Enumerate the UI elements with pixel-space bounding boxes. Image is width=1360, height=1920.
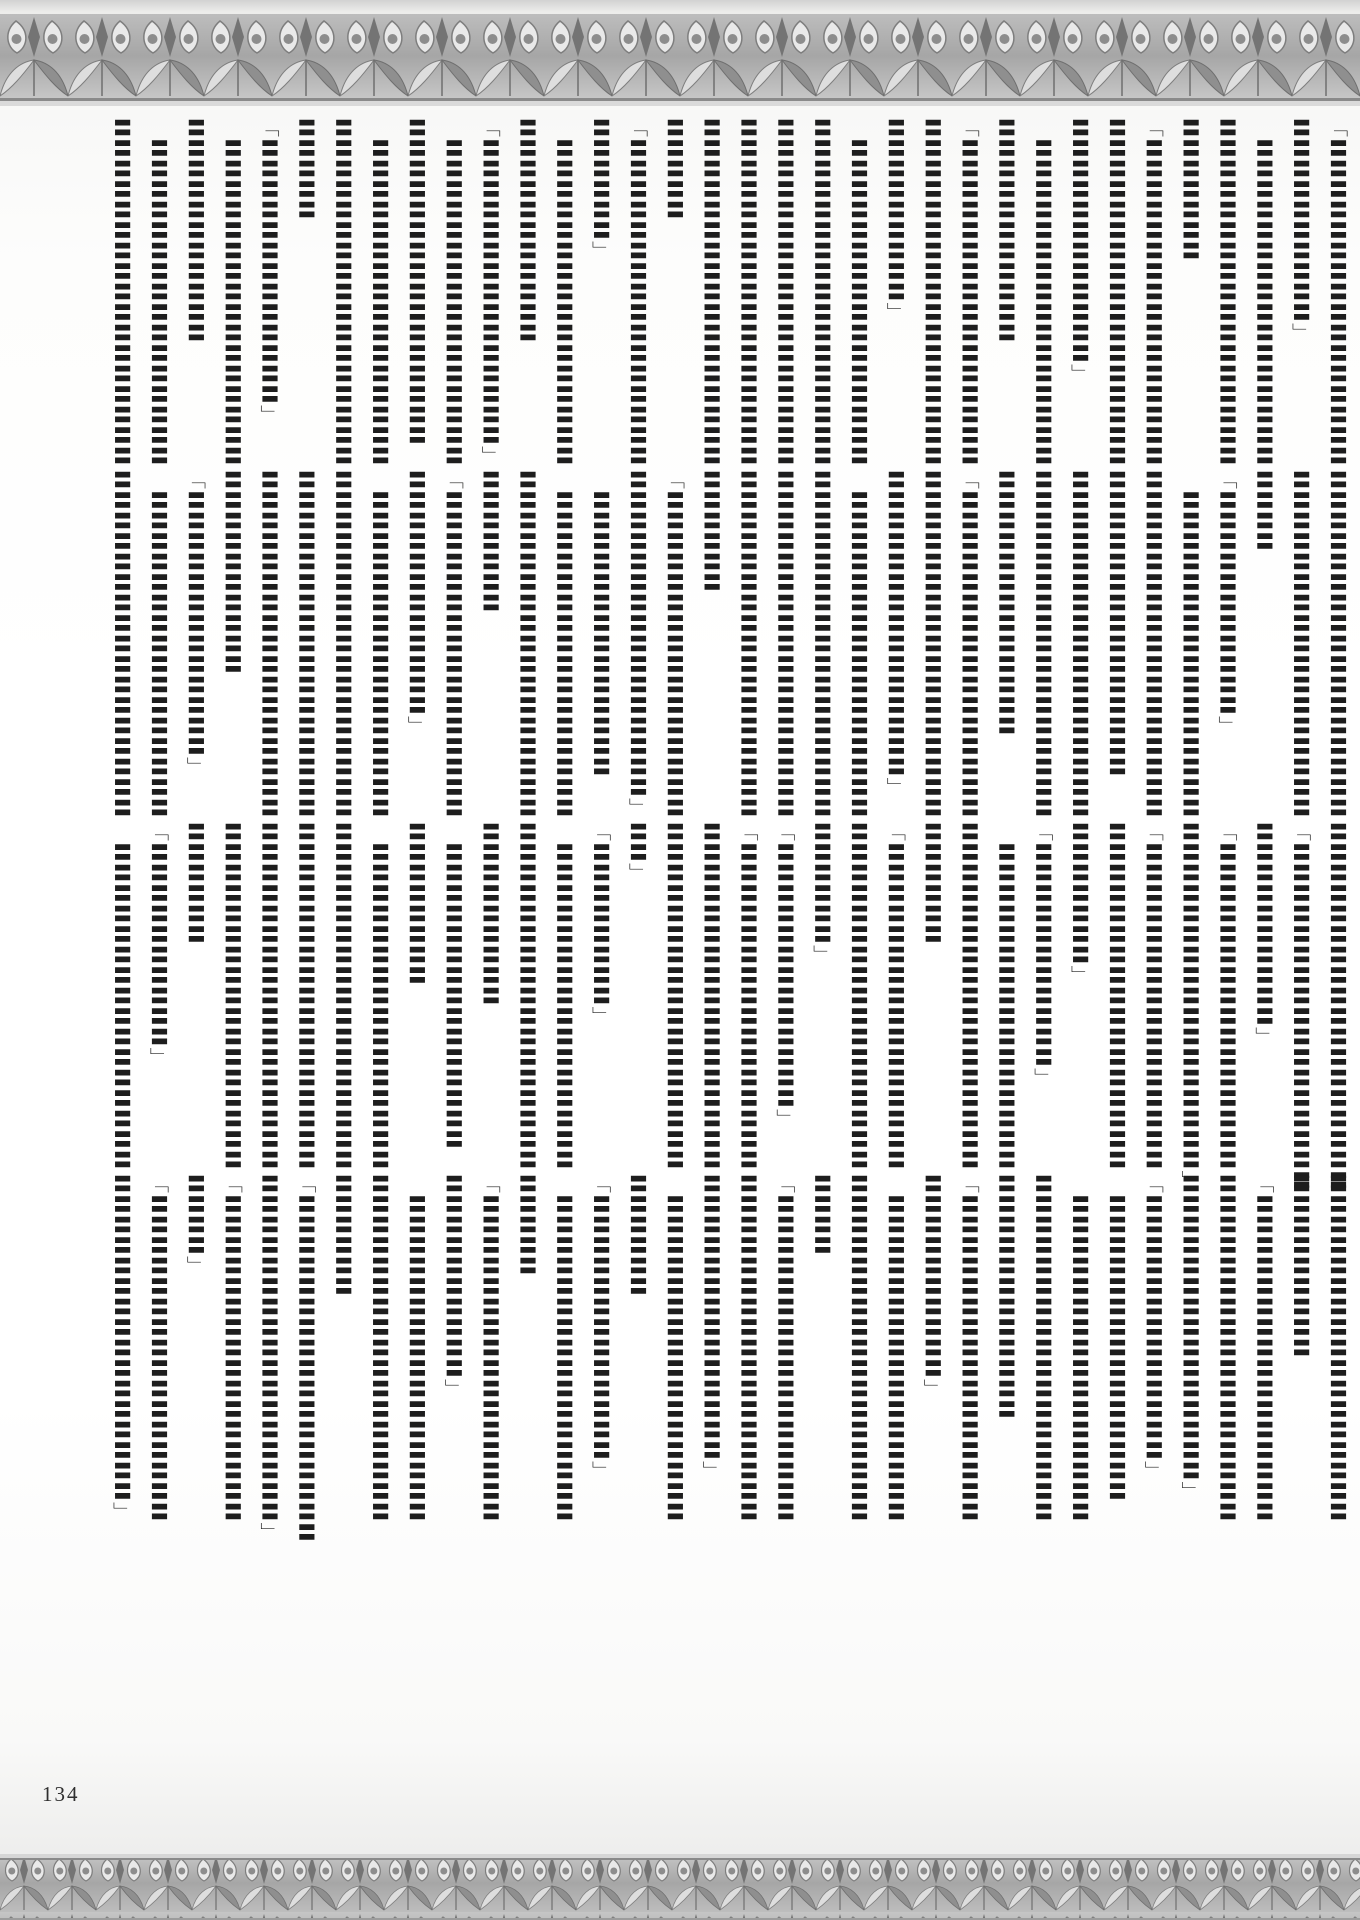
text-band-1: 「〓〓〓〓〓〓〓〓〓〓〓〓〓〓〓〓〓〓〓〓〓〓〓〓〓〓」 〓〓〓〓〓〓〓〓〓〓〓… (100, 118, 1354, 463)
text-column: 〓〓〓〓〓〓〓〓〓〓〓〓〓〓〓〓〓 (286, 470, 323, 815)
text-column: 〓〓〓〓 (1243, 470, 1280, 815)
text-column: 〓〓〓〓」 (175, 1174, 212, 1519)
text-column: 〓〓〓〓〓〓〓〓〓〓」 (1243, 822, 1280, 1167)
text-column: 〓〓〓〓〓〓〓〓〓〓〓〓〓〓〓〓」 (101, 1174, 138, 1519)
text-column: 〓〓〓〓〓 (654, 118, 691, 463)
text-column: 〓〓〓〓〓〓〓〓〓〓〓〓〓〓〓 (433, 822, 470, 1167)
text-column: 〓〓〓〓〓〓〓〓 (396, 822, 433, 1167)
text-column: 「〓〓〓〓〓〓〓〓〓〓〓〓〓〓〓〓 (433, 470, 470, 815)
text-column: 〓〓〓〓〓〓〓〓〓 (1280, 1174, 1317, 1519)
ornamental-border-bottom (0, 1854, 1360, 1920)
text-column: 〓〓〓〓〓〓〓〓〓〓〓〓〓〓〓〓 (433, 118, 470, 463)
text-column: 「〓〓〓〓〓〓〓〓〓〓〓〓〓」 (249, 118, 286, 463)
text-column: 「〓〓〓〓〓〓〓〓〓〓〓〓〓〓〓〓 (1243, 1174, 1280, 1519)
text-column: 〓〓〓〓〓〓 (912, 822, 949, 1167)
text-column: 〓〓〓〓〓〓 (322, 1174, 359, 1519)
text-column: 〓〓〓〓〓〓〓〓〓〓〓〓〓〓〓〓〓 (101, 470, 138, 815)
text-column: 〓〓〓〓〓〓〓〓〓〓〓〓〓〓〓〓〓 (101, 118, 138, 463)
text-column: 〓〓〓〓〓〓」 (801, 822, 838, 1167)
text-column: 〓〓〓〓〓〓〓〓〓〓〓〓〓〓〓〓 (543, 470, 580, 815)
text-column: 〓〓〓〓〓〓〓〓〓〓〓〓〓〓〓〓〓 (1059, 470, 1096, 815)
text-column: 「〓〓〓〓〓〓〓〓〓〓〓〓〓」 (1133, 1174, 1170, 1519)
text-column: 〓〓〓〓〓〓〓〓〓〓〓〓〓〓〓〓 (101, 822, 138, 1167)
text-column: 〓〓〓〓〓〓〓〓〓〓〓〓〓〓〓〓〓 (1096, 822, 1133, 1167)
text-column: 〓〓〓〓〓〓〓〓〓〓〓〓〓〓〓」 (875, 470, 912, 815)
text-column: 〓〓〓〓〓〓〓〓〓〓〓〓〓〓〓〓 (396, 118, 433, 463)
text-column: 〓〓〓〓〓〓〓〓〓〓〓〓〓〓〓〓〓 (1317, 470, 1354, 815)
text-column: 〓〓〓〓〓〓〓〓〓 (470, 822, 507, 1167)
text-column: 「〓〓〓〓〓〓〓〓〓〓〓〓〓〓〓〓 (470, 1174, 507, 1519)
text-column: 〓〓〓〓〓〓〓〓〓〓〓〓〓〓〓〓〓 (359, 1174, 396, 1519)
text-column: 〓〓〓〓〓〓〓〓〓〓〓〓〓〓〓〓 (359, 822, 396, 1167)
text-column: 〓〓〓〓〓〓〓 (1170, 118, 1207, 463)
text-column: 〓〓〓〓〓〓〓〓〓〓 (212, 470, 249, 815)
text-column: 「〓〓〓〓〓〓〓〓〓〓〓〓〓〓〓〓 (728, 822, 765, 1167)
text-column: 〓〓〓〓〓〓〓〓〓〓〓〓〓〓〓〓 (212, 118, 249, 463)
text-column: 〓〓〓〓〓〓〓〓〓〓〓〓〓〓〓〓〓 (912, 118, 949, 463)
text-column: 〓〓〓〓〓〓〓〓〓〓〓〓〓〓〓〓〓 (212, 822, 249, 1167)
text-column: 「〓〓〓〓〓〓〓〓〓〓〓〓〓〓〓〓〓 (1280, 822, 1317, 1167)
ornamental-border-top (0, 14, 1360, 106)
text-column: 「〓〓〓〓〓〓〓〓〓〓〓〓〓」 (765, 822, 802, 1167)
text-column: 〓〓〓〓〓〓〓〓〓〓〓〓〓〓〓〓 (838, 118, 875, 463)
text-column: 〓〓〓〓〓〓〓〓〓〓〓〓〓〓〓〓〓 (1096, 118, 1133, 463)
text-column: 〓〓〓〓〓〓〓〓〓〓〓〓〓〓〓〓〓 (1133, 470, 1170, 815)
text-column: 「〓〓〓〓〓〓〓〓〓〓〓〓〓〓〓〓 (1207, 822, 1244, 1167)
text-column: 〓〓〓〓〓〓〓〓〓〓〓〓〓〓〓〓 (986, 822, 1023, 1167)
text-column: 〓〓〓〓〓〓」 (580, 118, 617, 463)
text-column: 〓〓〓〓〓〓〓〓〓〓〓〓〓〓〓〓 (543, 822, 580, 1167)
text-column: 〓〓〓〓〓〓〓〓〓〓〓 (175, 118, 212, 463)
text-column: 「〓〓〓〓〓〓〓〓〓〓〓〓〓〓〓〓 (1317, 118, 1354, 463)
text-band-2: 〓〓〓〓〓〓〓〓〓〓〓〓〓〓〓〓〓〓〓〓〓〓〓〓〓〓〓〓〓〓〓〓〓〓〓〓〓〓「〓… (100, 470, 1354, 815)
text-column: 〓〓〓〓〓〓〓〓〓〓〓〓〓〓〓〓〓 (728, 470, 765, 815)
text-column: 〓〓〓〓〓〓〓〓〓〓〓〓〓〓〓〓 (875, 1174, 912, 1519)
text-column: 「〓〓〓〓〓〓〓〓〓〓〓〓〓〓〓〓 (138, 1174, 175, 1519)
text-column: 〓〓〓〓〓〓〓〓〓〓〓〓〓〓〓〓〓 (1022, 1174, 1059, 1519)
text-column: 〓〓〓〓〓〓〓〓〓〓〓〓〓〓〓〓 (543, 1174, 580, 1519)
text-column: 〓〓〓〓〓〓〓〓〓〓〓〓〓〓〓〓〓 (801, 470, 838, 815)
text-column: 〓〓〓〓〓〓〓〓〓〓〓〓〓〓〓〓〓 (801, 118, 838, 463)
text-column: 〓〓〓〓〓〓〓〓〓〓〓〓〓〓〓〓 (543, 118, 580, 463)
text-column: 「〓〓〓〓〓〓〓〓〓〓〓〓〓〓〓〓 (949, 118, 986, 463)
text-column: 〓〓〓〓〓〓〓〓〓〓〓 (507, 118, 544, 463)
text-column: 「〓〓〓〓〓〓〓〓〓〓」 (138, 822, 175, 1167)
page-number: 134 (42, 1782, 80, 1807)
text-column: 〓〓〓〓〓〓〓〓〓〓〓〓〓〓〓〓〓 (912, 470, 949, 815)
text-column: 〓〓〓〓〓〓〓〓〓〓〓〓〓〓〓」 (1170, 1174, 1207, 1519)
text-column: 〓〓〓〓〓〓〓〓〓〓〓〓〓〓〓〓〓」 (1170, 822, 1207, 1167)
text-column: 「〓〓〓〓〓〓〓〓〓〓〓〓〓」 (175, 470, 212, 815)
text-column: 〓〓〓〓〓〓〓〓〓〓」 (1280, 118, 1317, 463)
text-column: 「〓〓〓〓〓〓〓〓〓〓〓〓〓〓〓〓 (949, 1174, 986, 1519)
text-column: 〓〓〓〓〓〓〓〓〓〓〓〓〓〓〓〓 (359, 470, 396, 815)
book-page: 「〓〓〓〓〓〓〓〓〓〓〓〓〓〓〓〓〓〓〓〓〓〓〓〓〓〓」 〓〓〓〓〓〓〓〓〓〓〓… (0, 0, 1360, 1920)
text-column: 〓〓〓〓〓〓〓〓〓〓〓〓〓〓〓〓 (654, 1174, 691, 1519)
text-column: 〓〓〓〓〓〓〓〓〓〓〓〓〓〓〓〓〓 (1022, 470, 1059, 815)
text-column: 〓〓〓〓〓〓〓〓〓〓〓〓〓〓〓〓〓 (1280, 470, 1317, 815)
text-column: 〓〓〓〓〓〓〓〓〓〓〓〓〓〓〓〓〓 (1207, 1174, 1244, 1519)
text-column: 「〓〓〓〓〓〓〓〓〓〓〓〓〓〓〓」 (470, 118, 507, 463)
text-column: 〓〓〓〓〓〓〓」 (1059, 822, 1096, 1167)
page-text: 「〓〓〓〓〓〓〓〓〓〓〓〓〓〓〓〓〓〓〓〓〓〓〓〓〓〓」 〓〓〓〓〓〓〓〓〓〓〓… (100, 118, 1354, 1518)
text-column: 「〓〓〓〓〓〓〓〓〓〓〓」 (1207, 470, 1244, 815)
text-column: 〓〓〓〓〓〓〓〓〓〓〓〓〓〓〓〓〓 (838, 1174, 875, 1519)
text-column: 〓〓〓〓〓〓〓〓〓〓〓〓〓〓〓 (1096, 470, 1133, 815)
text-column: 〓〓〓〓〓〓〓〓〓〓〓〓〓〓〓〓」 (617, 470, 654, 815)
text-column: 〓〓〓〓〓〓〓〓〓〓〓〓〓〓〓〓〓 (322, 118, 359, 463)
text-column: 〓〓〓〓〓〓 (617, 1174, 654, 1519)
text-column: 〓〓〓〓〓〓 (175, 822, 212, 1167)
text-column: 〓〓〓〓〓〓〓〓〓〓〓〓」 (396, 470, 433, 815)
text-column: 〓〓〓〓〓〓〓〓〓」 (875, 118, 912, 463)
text-column: 〓〓〓〓〓〓〓〓〓〓〓〓 (986, 1174, 1023, 1519)
text-column: 〓〓〓〓〓〓〓〓〓〓〓〓〓〓〓〓 (1170, 470, 1207, 815)
text-column: 「〓〓〓〓〓〓〓〓〓〓〓〓〓〓〓〓 (1133, 118, 1170, 463)
text-column: 〓〓〓〓〓〓〓〓〓〓〓〓〓〓〓〓〓」 (249, 1174, 286, 1519)
text-column: 〓〓〓〓〓〓〓〓〓〓〓〓〓〓〓〓〓 (322, 470, 359, 815)
text-column: 「〓〓〓〓〓〓〓〓〓〓〓〓〓〓〓〓 (875, 822, 912, 1167)
text-column: 〓〓〓〓〓〓〓〓〓〓〓〓〓〓 (580, 470, 617, 815)
text-column: 〓〓〓〓 (801, 1174, 838, 1519)
text-band-4: 〓〓〓〓〓〓〓〓〓〓〓〓〓〓〓〓〓〓〓〓〓〓〓〓〓〓「〓〓〓〓〓〓〓〓〓〓〓〓〓… (100, 1174, 1354, 1519)
text-column: 〓〓〓〓〓〓〓〓〓〓〓〓〓〓〓〓〓 (838, 822, 875, 1167)
text-column: 〓〓〓〓〓〓〓〓〓〓〓〓〓〓〓〓 (838, 470, 875, 815)
text-column: 〓〓〓〓〓〓〓〓〓〓〓〓〓〓〓〓〓 (765, 118, 802, 463)
text-column: 〓〓〓〓〓〓〓〓〓〓〓〓〓〓〓〓 (1243, 118, 1280, 463)
text-column: 〓〓〓〓〓〓〓〓〓〓〓〓〓〓〓〓〓〓 (1317, 822, 1354, 1167)
text-column: 〓〓〓〓〓〓〓〓〓〓〓〓〓〓〓 (1096, 1174, 1133, 1519)
text-column: 〓〓〓〓〓〓〓〓〓〓〓〓〓〓〓〓〓 (249, 470, 286, 815)
text-column: 〓〓〓〓〓〓〓〓〓〓〓〓〓〓」 (691, 1174, 728, 1519)
text-column: 〓〓〓〓〓〓〓〓〓〓〓〓〓〓〓〓〓 (654, 822, 691, 1167)
text-column: 〓〓〓〓〓〓〓〓〓〓〓〓」 (1059, 118, 1096, 463)
text-column: 「〓〓〓〓〓〓〓〓〓〓〓〓〓〓〓〓 (765, 1174, 802, 1519)
text-column: 〓〓」 (617, 822, 654, 1167)
text-column: 〓〓〓〓〓〓〓〓〓〓〓〓〓〓〓〓 (138, 470, 175, 815)
text-column: 「〓〓〓〓〓〓〓〓〓〓〓〓〓〓〓〓 (617, 118, 654, 463)
text-column: 〓〓〓〓〓〓〓〓〓〓〓〓〓〓〓〓〓 (728, 1174, 765, 1519)
text-column: 〓〓〓〓〓〓〓〓〓〓〓〓〓〓〓〓 (396, 1174, 433, 1519)
text-column: 〓〓〓〓〓〓〓〓〓〓〓〓〓〓〓〓〓 (1317, 1174, 1354, 1519)
text-column: 〓〓〓〓〓〓〓〓〓〓〓〓〓〓〓〓 (359, 118, 396, 463)
text-column: 〓〓〓〓〓〓〓〓〓〓〓〓〓〓〓〓〓 (691, 822, 728, 1167)
text-column: 〓〓〓〓〓〓〓〓〓〓」 (433, 1174, 470, 1519)
text-column: 〓〓〓〓〓 (286, 118, 323, 463)
text-column: 〓〓〓〓〓〓〓〓〓〓〓〓〓〓〓〓〓 (507, 470, 544, 815)
text-column: 〓〓〓〓〓〓〓〓〓〓〓〓〓〓〓〓 (1022, 118, 1059, 463)
text-column: 〓〓〓〓〓〓〓〓〓〓〓〓〓〓〓〓〓 (949, 822, 986, 1167)
text-column: 〓〓〓〓〓〓〓〓〓〓〓〓〓〓〓〓 (138, 118, 175, 463)
text-column: 〓〓〓〓〓〓〓〓〓〓〓〓〓〓〓〓〓 (286, 822, 323, 1167)
text-column: 〓〓〓〓〓〓〓〓〓〓〓〓〓〓〓〓〓 (1207, 118, 1244, 463)
text-column: 「〓〓〓〓〓〓〓〓〓〓〓〓〓〓〓〓 (212, 1174, 249, 1519)
text-column: 〓〓〓〓〓〓〓〓〓〓〓〓〓〓〓〓〓 (249, 822, 286, 1167)
text-column: 「〓〓〓〓〓〓〓〓〓〓〓〓〓〓〓〓〓 (286, 1174, 323, 1519)
text-column: 〓〓〓〓〓〓〓〓〓〓〓〓〓〓〓〓〓 (728, 118, 765, 463)
text-column: 「〓〓〓〓〓〓〓〓〓〓〓〓〓〓〓〓 (654, 470, 691, 815)
text-band-3: 〓〓〓〓〓〓〓〓〓〓〓〓〓〓〓〓〓〓「〓〓〓〓〓〓〓〓〓〓〓〓〓〓〓〓〓〓〓〓〓… (100, 822, 1354, 1167)
text-column: 〓〓〓〓〓〓〓〓〓〓〓 (986, 118, 1023, 463)
text-column: 〓〓〓〓〓〓〓〓〓〓〓〓〓〓〓〓 (1059, 1174, 1096, 1519)
text-column: 〓〓〓〓〓〓〓 (470, 470, 507, 815)
text-column: 〓〓〓〓〓〓〓〓〓〓〓〓〓〓〓〓〓 (507, 822, 544, 1167)
text-column: 〓〓〓〓〓〓 (691, 470, 728, 815)
text-column: 〓〓〓〓〓〓〓〓〓〓」 (912, 1174, 949, 1519)
text-column: 「〓〓〓〓〓〓〓〓〓〓〓〓〓〓〓〓 (949, 470, 986, 815)
text-column: 〓〓〓〓〓 (507, 1174, 544, 1519)
text-column: 〓〓〓〓〓〓〓〓〓〓〓〓〓 (986, 470, 1023, 815)
text-column: 〓〓〓〓〓〓〓〓〓〓〓〓〓〓〓〓〓 (322, 822, 359, 1167)
text-column: 〓〓〓〓〓〓〓〓〓〓〓〓〓〓〓〓〓 (765, 470, 802, 815)
text-column: 「〓〓〓〓〓〓〓〓〓〓〓〓〓〓〓〓 (1133, 822, 1170, 1167)
text-column: 「〓〓〓〓〓〓〓〓〓〓〓〓〓」 (580, 1174, 617, 1519)
text-column: 「〓〓〓〓〓〓〓〓」 (580, 822, 617, 1167)
text-column: 「〓〓〓〓〓〓〓〓〓〓〓」 (1022, 822, 1059, 1167)
text-column: 〓〓〓〓〓〓〓〓〓〓〓〓〓〓〓〓〓 (691, 118, 728, 463)
